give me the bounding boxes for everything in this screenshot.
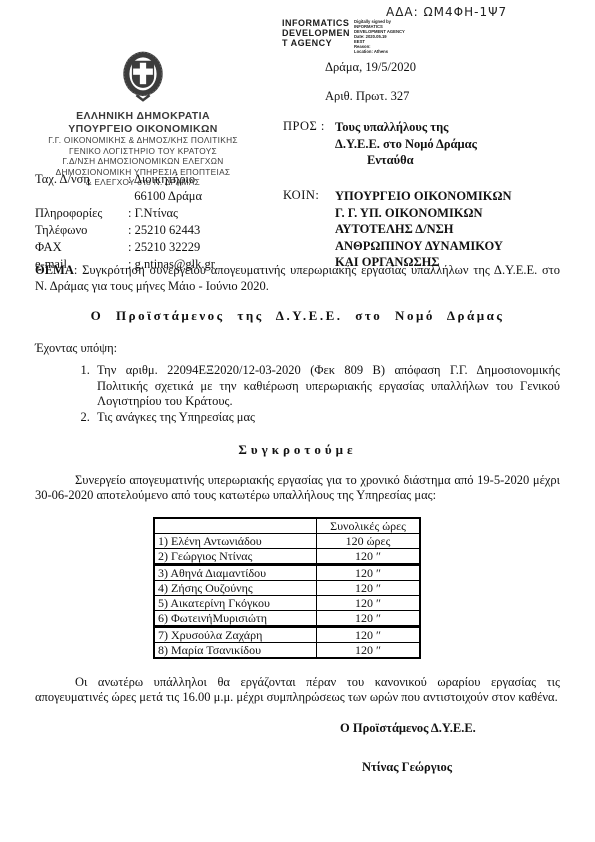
decision-heading: Συγκροτούμε — [35, 442, 560, 458]
subject-paragraph: ΘΕΜΑ: Συγκρότηση συνεργείου απογευματινή… — [35, 263, 560, 294]
table-row: 3) Αθηνά Διαμαντίδου 120 ″ — [154, 564, 420, 580]
employee-name: 8) Μαρία Τσανικίδου — [154, 642, 317, 658]
employee-hours: 120 ″ — [317, 580, 421, 595]
subject-text: : Συγκρότηση συνεργείου απογευματινής υπ… — [35, 263, 560, 293]
koin-lines: ΥΠΟΥΡΓΕΙΟ ΟΙΚΟΝΟΜΙΚΩΝ Γ. Γ. ΥΠ. ΟΙΚΟΝΟΜΙ… — [335, 188, 511, 271]
table-row: 2) Γεώργιος Ντίνας 120 ″ — [154, 548, 420, 564]
letterhead-line: Γ.Δ/ΝΣΗ ΔΗΜΟΣΙΟΝΟΜΙΚΩΝ ΕΛΕΓΧΩΝ — [12, 156, 274, 167]
table-row: 1) Ελένη Αντωνιάδου 120 ώρες — [154, 533, 420, 548]
contact-label: ΦΑΧ — [35, 239, 128, 256]
issuer-heading: Ο Προϊστάμενος της Δ.Υ.Ε.Ε. στο Νομό Δρά… — [35, 308, 560, 324]
table-header-row: Συνολικές ώρες — [154, 518, 420, 534]
table-row: 6) ΦωτεινήΜυρισιώτη 120 ″ — [154, 610, 420, 626]
employee-name: 5) Αικατερίνη Γκόγκου — [154, 595, 317, 610]
table-row: 8) Μαρία Τσανικίδου 120 ″ — [154, 642, 420, 658]
contact-value: : 25210 32229 — [128, 239, 200, 256]
greek-coat-of-arms-icon — [118, 50, 168, 106]
employee-hours: 120 ″ — [317, 548, 421, 564]
pros-line: Τους υπαλλήλους της — [335, 119, 477, 136]
table-row: 4) Ζήσης Ουζούνης 120 ″ — [154, 580, 420, 595]
stamp-detail-text: Digitally signed by INFORMATICS DEVELOPM… — [354, 18, 405, 54]
document-page: ΑΔΑ: ΩΜ4ΦΗ-1Ψ7 INFORMATICS DEVELOPMEN T … — [0, 0, 595, 842]
contact-row-info: Πληροφορίες : Γ.Ντίνας — [35, 205, 215, 222]
employee-name: 1) Ελένη Αντωνιάδου — [154, 533, 317, 548]
considerations-list: Την αριθμ. 22094ΕΞ2020/12-03-2020 (Φεκ 8… — [35, 363, 560, 425]
employee-hours: 120 ″ — [317, 642, 421, 658]
employee-name: 3) Αθηνά Διαμαντίδου — [154, 564, 317, 580]
contact-row-address: Ταχ. Δ/νση : Διοικητήριο — [35, 171, 215, 188]
recipient-pros-block: ΠΡΟΣ : Τους υπαλλήλους της Δ.Υ.Ε.Ε. στο … — [283, 119, 477, 169]
contact-row-address2: 66100 Δράμα — [35, 188, 215, 205]
employee-name: 4) Ζήσης Ουζούνης — [154, 580, 317, 595]
employee-name: 6) ΦωτεινήΜυρισιώτη — [154, 610, 317, 626]
letter-body: ΘΕΜΑ: Συγκρότηση συνεργείου απογευματινή… — [35, 263, 560, 776]
contact-label: Ταχ. Δ/νση — [35, 171, 128, 188]
letterhead-ministry: ΥΠΟΥΡΓΕΙΟ ΟΙΚΟΝΟΜΙΚΩΝ — [12, 123, 274, 136]
place-and-date: Δράμα, 19/5/2020 — [325, 60, 416, 75]
letterhead-line: Γ.Γ. ΟΙΚΟΝΟΜΙΚΗΣ & ΔΗΜΟΣ/ΚΗΣ ΠΟΛΙΤΙΚΗΣ — [12, 135, 274, 146]
stamp-agency-line: DEVELOPMEN — [282, 28, 350, 38]
contact-label — [35, 188, 128, 205]
employee-hours: 120 ″ — [317, 595, 421, 610]
contact-label: Τηλέφωνο — [35, 222, 128, 239]
pros-lines: Τους υπαλλήλους της Δ.Υ.Ε.Ε. στο Νομό Δρ… — [335, 119, 477, 169]
koin-line: ΥΠΟΥΡΓΕΙΟ ΟΙΚΟΝΟΜΙΚΩΝ — [335, 188, 511, 205]
closing-paragraph: Οι ανωτέρω υπάλληλοι θα εργάζονται πέραν… — [35, 675, 560, 706]
stamp-agency-line: T AGENCY — [282, 38, 350, 48]
employee-name: 7) Χρυσούλα Ζαχάρη — [154, 626, 317, 642]
koin-line: Γ. Γ. ΥΠ. ΟΙΚΟΝΟΜΙΚΩΝ — [335, 205, 511, 222]
employee-name: 2) Γεώργιος Ντίνας — [154, 548, 317, 564]
koin-line: ΑΥΤΟΤΕΛΗΣ Δ/ΝΣΗ — [335, 221, 511, 238]
contact-value: 66100 Δράμα — [128, 188, 202, 205]
subject-label: ΘΕΜΑ — [35, 263, 74, 277]
table-row: 5) Αικατερίνη Γκόγκου 120 ″ — [154, 595, 420, 610]
letterhead: ΕΛΛΗΝΙΚΗ ΔΗΜΟΚΡΑΤΙΑ ΥΠΟΥΡΓΕΙΟ ΟΙΚΟΝΟΜΙΚΩ… — [12, 50, 274, 188]
stamp-agency-line: INFORMATICS — [282, 18, 350, 28]
employee-hours: 120 ″ — [317, 564, 421, 580]
decision-paragraph: Συνεργείο απογευματινής υπερωριακής εργα… — [35, 473, 560, 504]
employee-hours: 120 ώρες — [317, 533, 421, 548]
ada-code: ΑΔΑ: ΩΜ4ΦΗ-1Ψ7 — [386, 5, 507, 19]
stamp-detail-line: Location: Athens — [354, 49, 405, 54]
protocol-number: Αριθ. Πρωτ. 327 — [325, 89, 409, 104]
contact-label: Πληροφορίες — [35, 205, 128, 222]
letterhead-republic: ΕΛΛΗΝΙΚΗ ΔΗΜΟΚΡΑΤΙΑ — [12, 110, 274, 123]
having-regard-label: Έχοντας υπόψη: — [35, 341, 560, 357]
koin-label: ΚΟΙΝ: — [283, 188, 335, 271]
digital-signature-stamp: INFORMATICS DEVELOPMEN T AGENCY Digitall… — [282, 18, 405, 54]
employee-hours: 120 ″ — [317, 626, 421, 642]
letterhead-line: ΓΕΝΙΚΟ ΛΟΓΙΣΤΗΡΙΟ ΤΟΥ ΚΡΑΤΟΥΣ — [12, 146, 274, 157]
signature-title: Ο Προϊστάμενος Δ.Υ.Ε.Ε. — [340, 721, 560, 737]
consideration-item: Την αριθμ. 22094ΕΞ2020/12-03-2020 (Φεκ 8… — [93, 363, 560, 410]
pros-line: Δ.Υ.Ε.Ε. στο Νομό Δράμας — [335, 136, 477, 153]
contact-value: : 25210 62443 — [128, 222, 200, 239]
contact-value: : Γ.Ντίνας — [128, 205, 178, 222]
contact-row-fax: ΦΑΧ : 25210 32229 — [35, 239, 215, 256]
recipient-koin-block: ΚΟΙΝ: ΥΠΟΥΡΓΕΙΟ ΟΙΚΟΝΟΜΙΚΩΝ Γ. Γ. ΥΠ. ΟΙ… — [283, 188, 511, 271]
pros-line: Ενταύθα — [335, 152, 477, 169]
table-row: 7) Χρυσούλα Ζαχάρη 120 ″ — [154, 626, 420, 642]
employee-hours: 120 ″ — [317, 610, 421, 626]
pros-label: ΠΡΟΣ : — [283, 119, 335, 169]
stamp-agency-name: INFORMATICS DEVELOPMEN T AGENCY — [282, 18, 350, 54]
signature-name: Ντίνας Γεώργιος — [362, 760, 560, 776]
contact-value: : Διοικητήριο — [128, 171, 195, 188]
contact-row-phone: Τηλέφωνο : 25210 62443 — [35, 222, 215, 239]
consideration-item: Τις ανάγκες της Υπηρεσίας μας — [93, 410, 560, 426]
table-header-empty — [154, 518, 317, 534]
table-header-hours: Συνολικές ώρες — [317, 518, 421, 534]
koin-line: ΑΝΘΡΩΠΙΝΟΥ ΔΥΝΑΜΙΚΟΥ — [335, 238, 511, 255]
overtime-hours-table: Συνολικές ώρες 1) Ελένη Αντωνιάδου 120 ώ… — [153, 517, 421, 659]
contact-block: Ταχ. Δ/νση : Διοικητήριο 66100 Δράμα Πλη… — [35, 171, 215, 273]
